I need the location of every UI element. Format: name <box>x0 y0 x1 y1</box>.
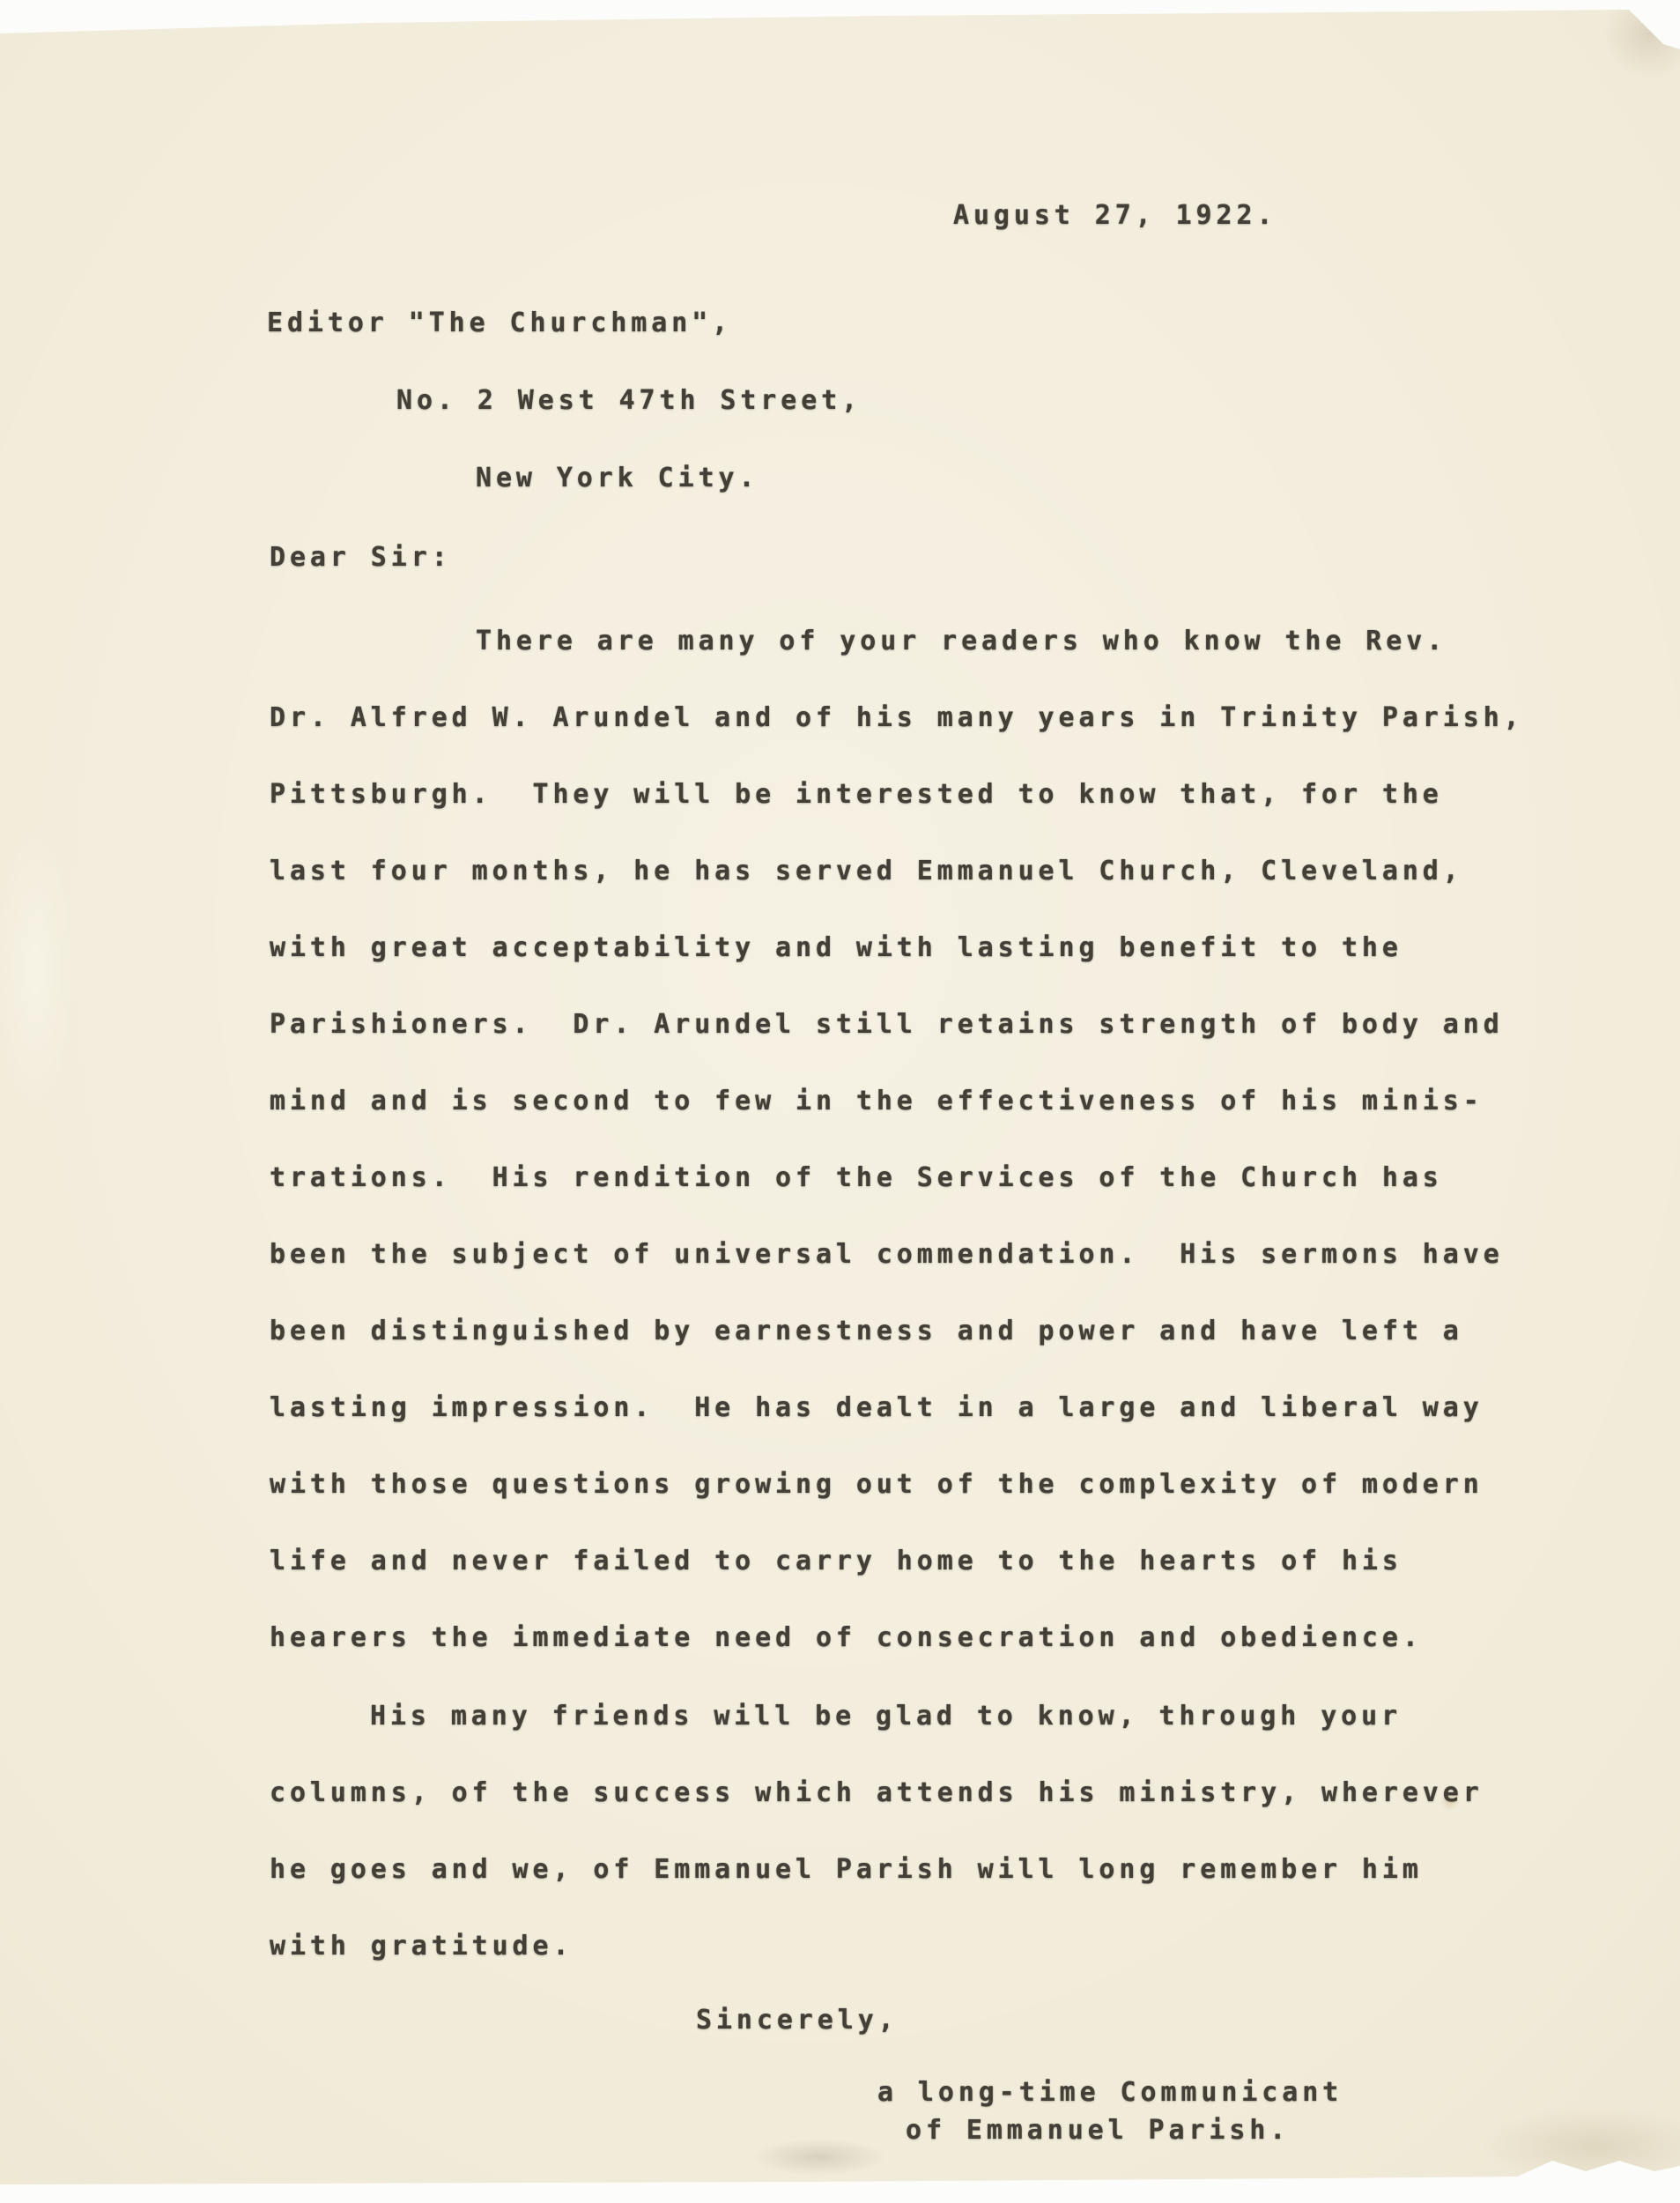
recipient-address: Editor "The Churchman", No. 2 West 47th … <box>267 285 862 517</box>
body-line: Pittsburgh. They will be interested to k… <box>270 756 1524 833</box>
body-line: last four months, he has served Emmanuel… <box>270 833 1524 909</box>
body-line: mind and is second to few in the effecti… <box>270 1063 1524 1139</box>
body-paragraph-2: His many friends will be glad to know, t… <box>270 1678 1484 1984</box>
body-line: His many friends will be glad to know, t… <box>270 1678 1484 1754</box>
salutation: Dear Sir: <box>270 543 452 573</box>
body-line: been the subject of universal commendati… <box>270 1216 1524 1293</box>
closing: Sincerely, <box>696 2006 899 2036</box>
letter-content: August 27, 1922. Editor "The Churchman",… <box>0 0 1680 2203</box>
recipient-line: No. 2 West 47th Street, <box>267 362 862 440</box>
paper-sheet: August 27, 1922. Editor "The Churchman",… <box>0 0 1680 2203</box>
body-line: Parishioners. Dr. Arundel still retains … <box>270 986 1524 1063</box>
body-line: with great acceptability and with lastin… <box>270 909 1524 986</box>
signature: a long-time Communicant of Emmanuel Pari… <box>877 2073 1343 2149</box>
recipient-line: Editor "The Churchman", <box>267 285 862 362</box>
signature-line: of Emmanuel Parish. <box>877 2111 1343 2149</box>
body-line: Dr. Alfred W. Arundel and of his many ye… <box>270 679 1524 756</box>
body-line: life and never failed to carry home to t… <box>270 1523 1524 1599</box>
date-line: August 27, 1922. <box>953 201 1277 231</box>
body-line: he goes and we, of Emmanuel Parish will … <box>270 1831 1484 1908</box>
body-line: trations. His rendition of the Services … <box>270 1139 1524 1216</box>
body-line: There are many of your readers who know … <box>270 603 1524 679</box>
body-line: with gratitude. <box>270 1908 1484 1984</box>
recipient-line: New York City. <box>267 440 862 517</box>
body-paragraph-1: There are many of your readers who know … <box>270 603 1524 1676</box>
scanned-document: August 27, 1922. Editor "The Churchman",… <box>0 0 1680 2203</box>
body-line: lasting impression. He has dealt in a la… <box>270 1369 1524 1446</box>
body-line: with those questions growing out of the … <box>270 1446 1524 1523</box>
signature-line: a long-time Communicant <box>877 2073 1343 2111</box>
body-line: been distinguished by earnestness and po… <box>270 1293 1524 1369</box>
body-line: columns, of the success which attends hi… <box>270 1754 1484 1831</box>
body-line: hearers the immediate need of consecrati… <box>270 1599 1524 1676</box>
